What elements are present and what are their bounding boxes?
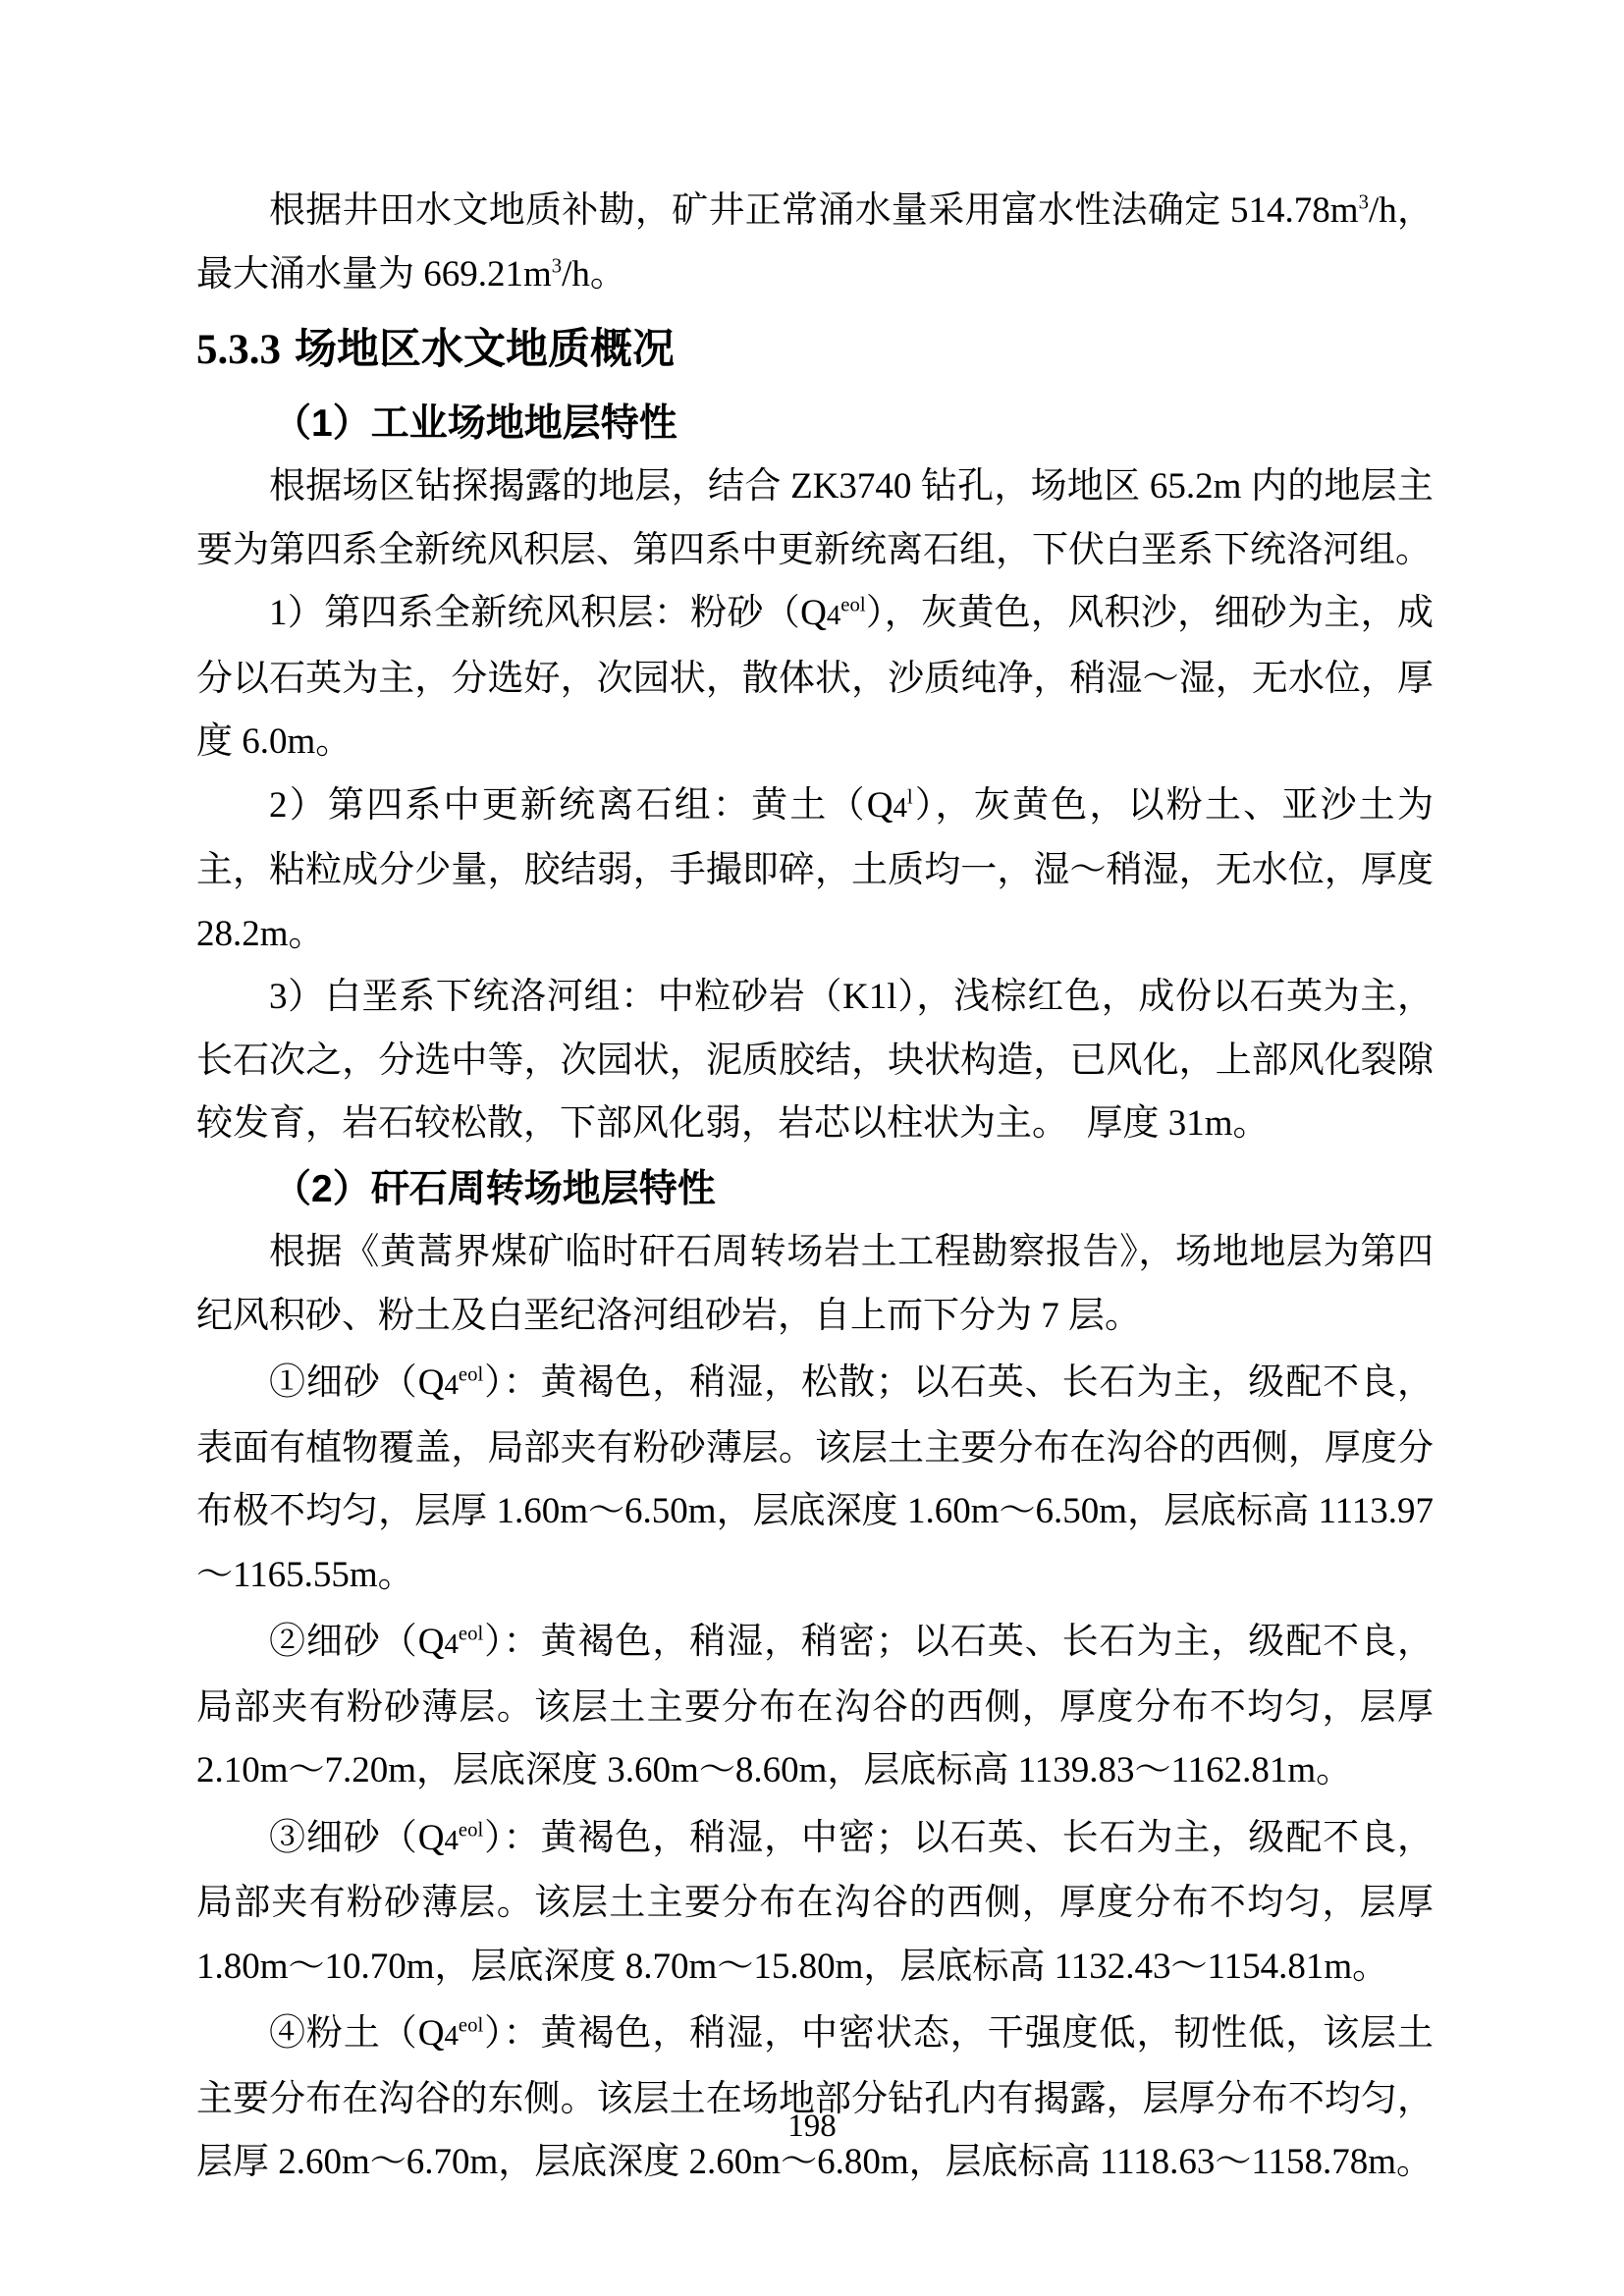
paragraph-mine-water-inflow: 根据井田水文地质补勘，矿井正常涌水量采用富水性法确定 514.78m3/h，最大…: [196, 180, 1434, 306]
paragraph-layer-circle-2: ②细砂（Q4eol）：黄褐色，稍湿，稍密；以石英、长石为主，级配不良，局部夹有粉…: [196, 1611, 1434, 1803]
paragraph-site-strata-overview: 根据场区钻探揭露的地层，结合 ZK3740 钻孔，场地区 65.2m 内的地层主…: [196, 455, 1434, 582]
stratum-symbol-superscript: eol: [459, 1364, 483, 1386]
section-title: 场地区水文地质概况: [295, 326, 675, 373]
stratum-symbol-subscript: 4: [444, 1629, 458, 1660]
text-run: 2）第四系中更新统离石组：黄土（Q: [269, 785, 893, 826]
stratum-symbol-superscript: eol: [459, 2015, 483, 2037]
superscript-cubed: 3: [552, 255, 562, 277]
stratum-symbol-subscript: 4: [444, 2020, 458, 2052]
text-run: ④粉土（Q: [269, 2013, 444, 2054]
superscript-cubed: 3: [1359, 192, 1369, 214]
text-run: ③细砂（Q: [269, 1818, 444, 1858]
paragraph-stratum-3-luohe: 3）白垩系下统洛河组：中粒砂岩（K1l），浅棕红色，成份以石英为主，长石次之，分…: [196, 966, 1434, 1156]
paragraph-layer-circle-4: ④粉土（Q4eol）：黄褐色，稍湿，中密状态，干强度低，韧性低，该层土主要分布在…: [196, 2002, 1434, 2195]
page-number: 198: [787, 2109, 837, 2144]
stratum-symbol-subscript: 4: [444, 1369, 458, 1401]
document-page: 根据井田水文地质补勘，矿井正常涌水量采用富水性法确定 514.78m3/h，最大…: [0, 0, 1624, 2296]
page-footer: 198: [0, 2107, 1624, 2146]
section-heading-5-3-3: 5.3.3场地区水文地质概况: [196, 318, 1434, 383]
paragraph-gangue-report-overview: 根据《黄蒿界煤矿临时矸石周转场岩土工程勘察报告》，场地地层为第四纪风积砂、粉土及…: [196, 1221, 1434, 1348]
section-number: 5.3.3: [196, 327, 281, 373]
document-content: 根据井田水文地质补勘，矿井正常涌水量采用富水性法确定 514.78m3/h，最大…: [196, 180, 1434, 2195]
subsection-heading-industrial-site: （1）工业场地地层特性: [196, 393, 1434, 456]
stratum-symbol-subscript: 4: [893, 792, 906, 824]
subsection-heading-gangue-yard: （2）矸石周转场地层特性: [196, 1158, 1434, 1222]
paragraph-stratum-2-lishi: 2）第四系中更新统离石组：黄土（Q4l），灰黄色，以粉土、亚沙土为主，粘粒成分少…: [196, 774, 1434, 967]
paragraph-layer-circle-3: ③细砂（Q4eol）：黄褐色，稍湿，中密；以石英、长石为主，级配不良，局部夹有粉…: [196, 1807, 1434, 2000]
stratum-symbol-superscript: eol: [459, 1624, 483, 1645]
text-run: 1）第四系全新统风积层：粉砂（Q: [269, 593, 827, 633]
stratum-symbol-superscript: eol: [459, 1819, 483, 1841]
text-run: 根据井田水文地质补勘，矿井正常涌水量采用富水性法确定 514.78m: [269, 190, 1359, 231]
text-run: ①细砂（Q: [269, 1362, 444, 1403]
stratum-symbol-subscript: 4: [444, 1825, 458, 1856]
text-run: /h。: [562, 254, 626, 294]
stratum-symbol-subscript: 4: [827, 600, 840, 631]
paragraph-layer-circle-1: ①细砂（Q4eol）：黄褐色，稍湿，松散；以石英、长石为主，级配不良，表面有植物…: [196, 1352, 1434, 1607]
paragraph-stratum-1-aeolian: 1）第四系全新统风积层：粉砂（Q4eol），灰黄色，风积沙，细砂为主，成分以石英…: [196, 582, 1434, 774]
text-run: ②细砂（Q: [269, 1622, 444, 1662]
stratum-symbol-superscript: eol: [840, 595, 865, 616]
